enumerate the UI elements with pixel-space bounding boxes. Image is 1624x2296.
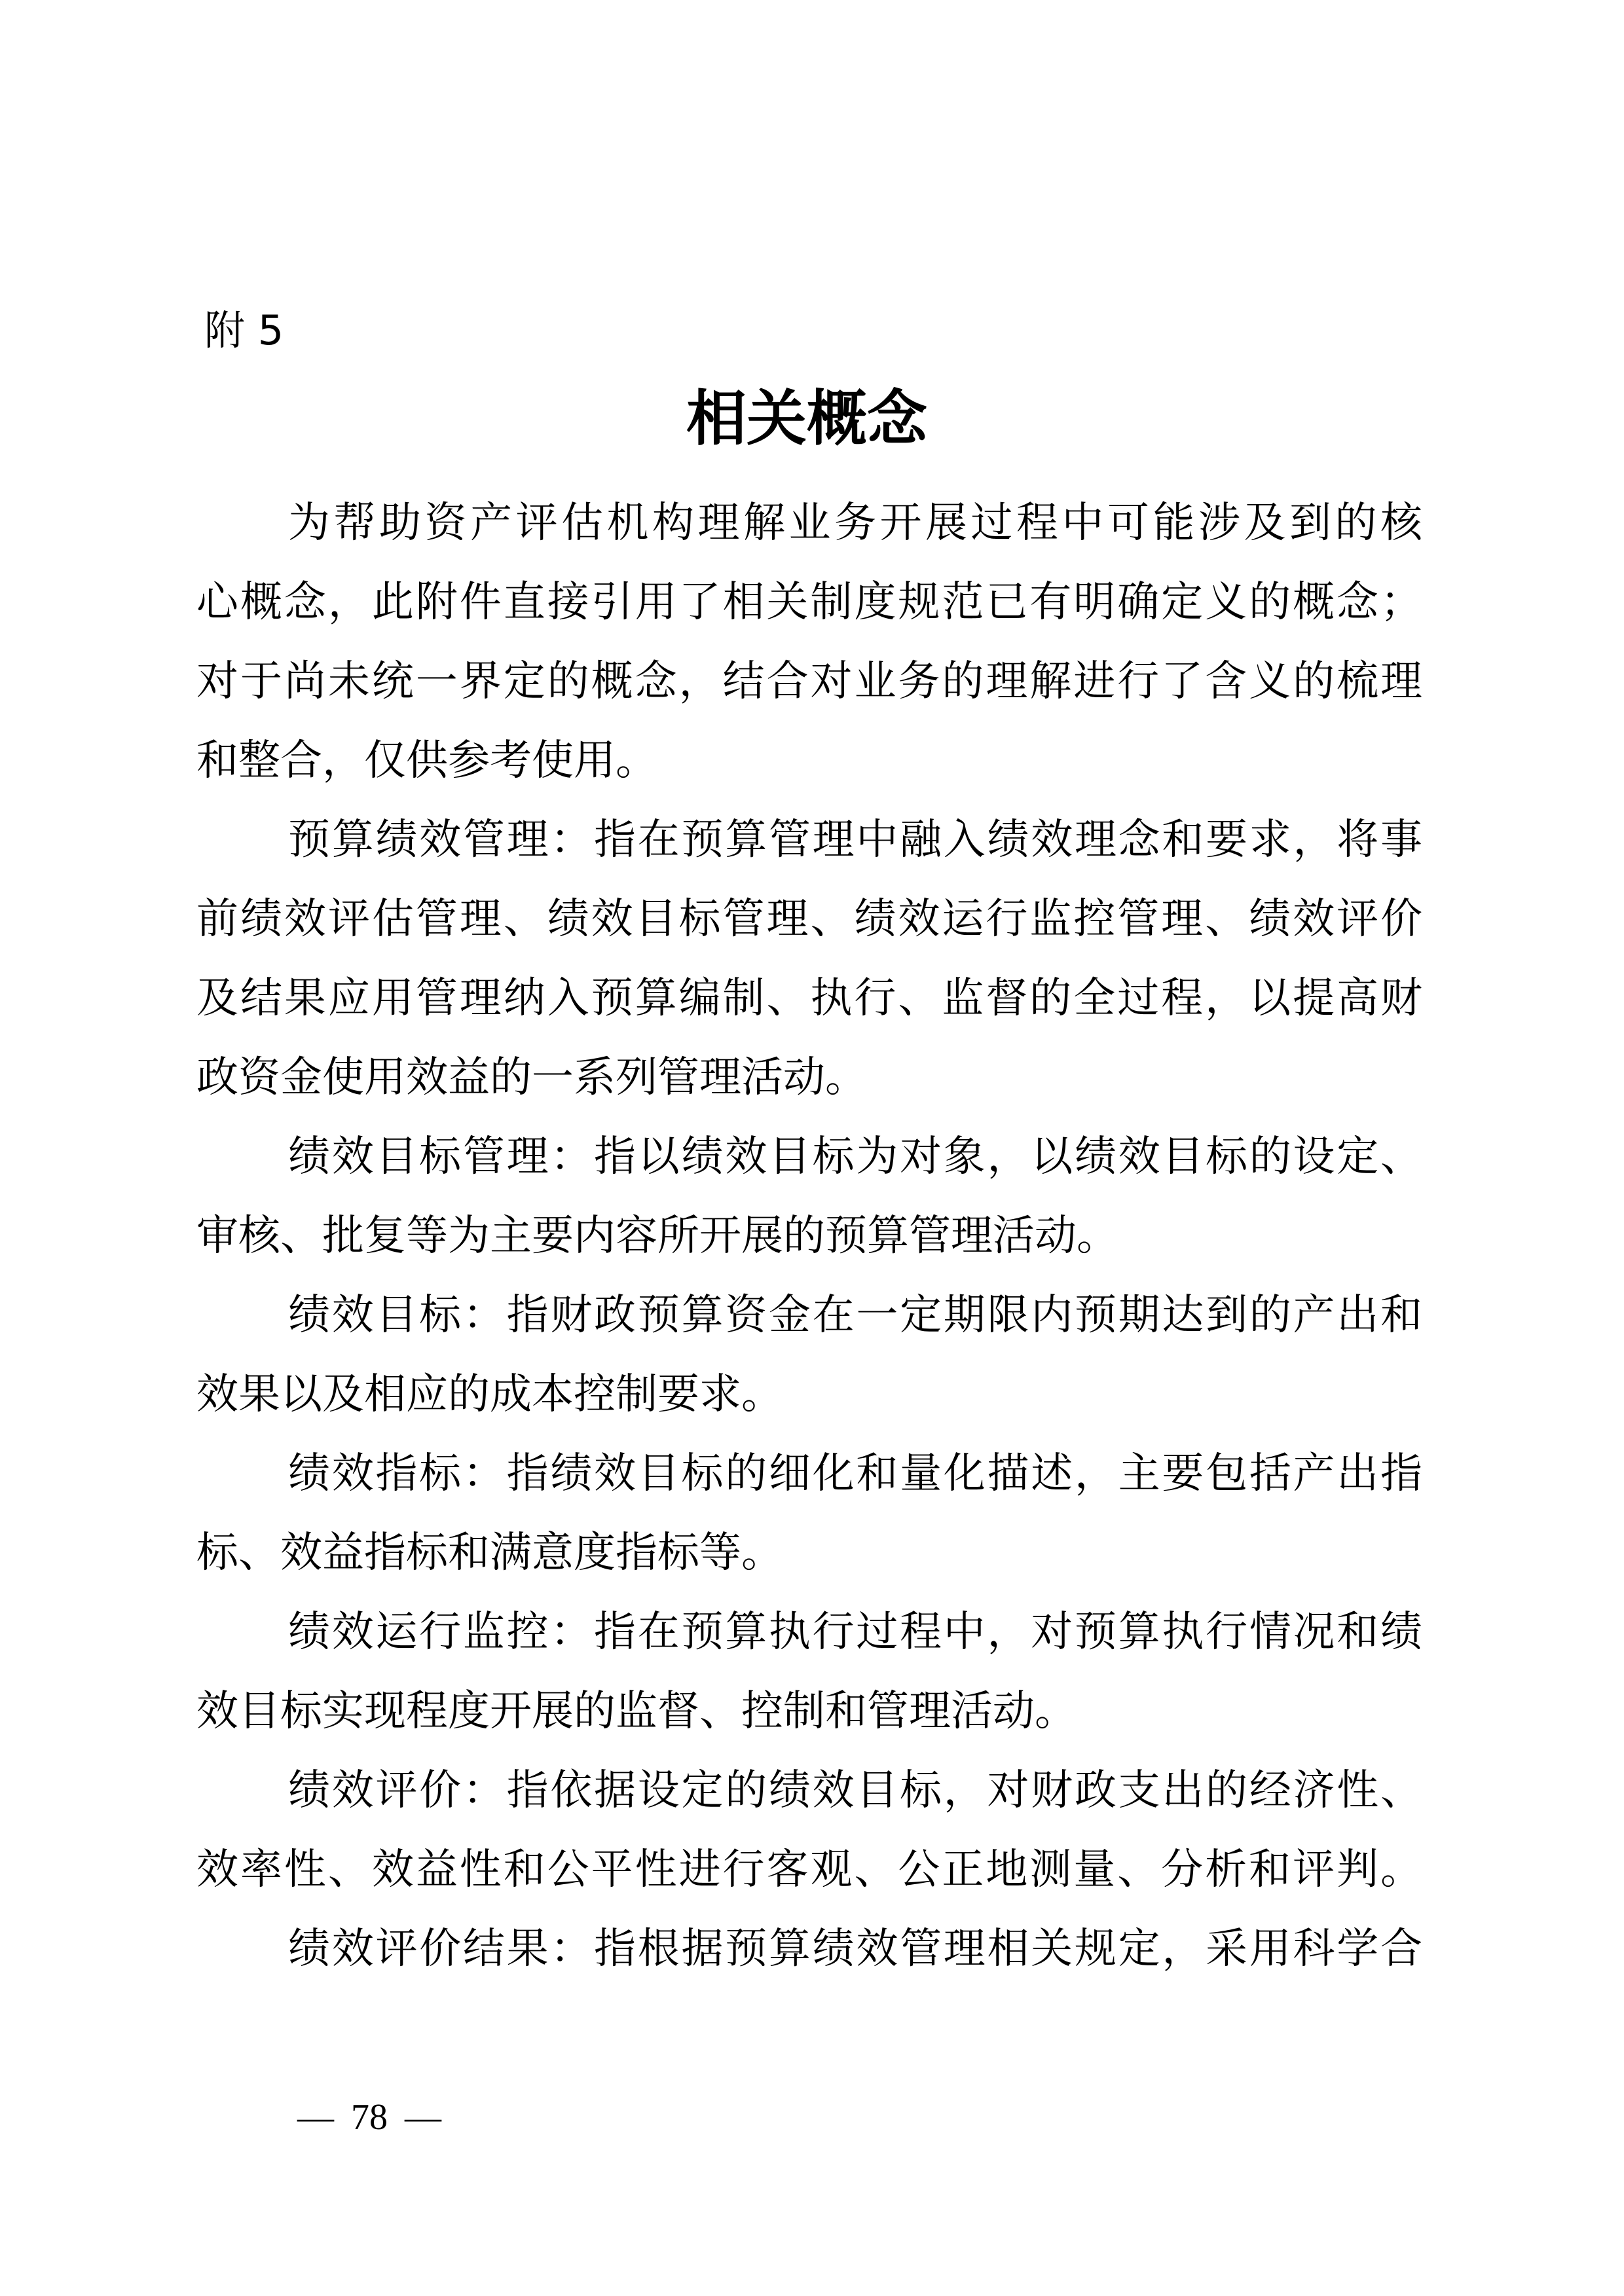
body-line: 绩效指标：指绩效目标的细化和量化描述，主要包括产出指: [196, 1434, 1422, 1513]
body-line: 标、效益指标和满意度指标等。: [196, 1513, 1422, 1592]
attachment-label: 附 5: [204, 310, 284, 351]
paragraph-budget-performance-management: 预算绩效管理：指在预算管理中融入绩效理念和要求，将事 前绩效评估管理、绩效目标管…: [196, 800, 1422, 1117]
body-line: 预算绩效管理：指在预算管理中融入绩效理念和要求，将事: [196, 800, 1422, 879]
body-line: 绩效目标管理：指以绩效目标为对象，以绩效目标的设定、: [196, 1117, 1422, 1196]
body-line: 绩效评价：指依据设定的绩效目标，对财政支出的经济性、: [196, 1751, 1422, 1830]
body-line: 政资金使用效益的一系列管理活动。: [196, 1038, 1422, 1117]
body-text: 为帮助资产评估机构理解业务开展过程中可能涉及到的核 心概念，此附件直接引用了相关…: [196, 483, 1422, 1988]
document-page: 附 5 相关概念 为帮助资产评估机构理解业务开展过程中可能涉及到的核 心概念，此…: [0, 0, 1624, 2296]
body-line: 效率性、效益性和公平性进行客观、公正地测量、分析和评判。: [196, 1830, 1422, 1909]
body-line: 及结果应用管理纳入预算编制、执行、监督的全过程，以提高财: [196, 958, 1422, 1038]
body-line: 效果以及相应的成本控制要求。: [196, 1355, 1422, 1434]
body-line: 绩效运行监控：指在预算执行过程中，对预算执行情况和绩: [196, 1592, 1422, 1671]
paragraph-performance-target: 绩效目标：指财政预算资金在一定期限内预期达到的产出和 效果以及相应的成本控制要求…: [196, 1275, 1422, 1434]
paragraph-performance-monitoring: 绩效运行监控：指在预算执行过程中，对预算执行情况和绩 效目标实现程度开展的监督、…: [196, 1592, 1422, 1751]
body-line: 审核、批复等为主要内容所开展的预算管理活动。: [196, 1196, 1422, 1275]
paragraph-performance-target-management: 绩效目标管理：指以绩效目标为对象，以绩效目标的设定、 审核、批复等为主要内容所开…: [196, 1117, 1422, 1275]
page-footer: — 78 —: [229, 2062, 441, 2172]
body-line: 效目标实现程度开展的监督、控制和管理活动。: [196, 1671, 1422, 1751]
body-line: 绩效评价结果：指根据预算绩效管理相关规定，采用科学合: [196, 1909, 1422, 1988]
paragraph-performance-evaluation: 绩效评价：指依据设定的绩效目标，对财政支出的经济性、 效率性、效益性和公平性进行…: [196, 1751, 1422, 1909]
body-line: 前绩效评估管理、绩效目标管理、绩效运行监控管理、绩效评价: [196, 879, 1422, 958]
paragraph-performance-indicator: 绩效指标：指绩效目标的细化和量化描述，主要包括产出指 标、效益指标和满意度指标等…: [196, 1434, 1422, 1592]
body-line: 为帮助资产评估机构理解业务开展过程中可能涉及到的核: [196, 483, 1422, 562]
body-line: 对于尚未统一界定的概念，结合对业务的理解进行了含义的梳理: [196, 642, 1422, 721]
body-line: 心概念，此附件直接引用了相关制度规范已有明确定义的概念；: [196, 562, 1422, 642]
page-number: — 78 —: [297, 2097, 441, 2138]
body-line: 和整合，仅供参考使用。: [196, 721, 1422, 800]
page-title: 相关概念: [0, 389, 1614, 449]
paragraph-performance-evaluation-result: 绩效评价结果：指根据预算绩效管理相关规定，采用科学合: [196, 1909, 1422, 1988]
paragraph-intro: 为帮助资产评估机构理解业务开展过程中可能涉及到的核 心概念，此附件直接引用了相关…: [196, 483, 1422, 800]
body-line: 绩效目标：指财政预算资金在一定期限内预期达到的产出和: [196, 1275, 1422, 1355]
